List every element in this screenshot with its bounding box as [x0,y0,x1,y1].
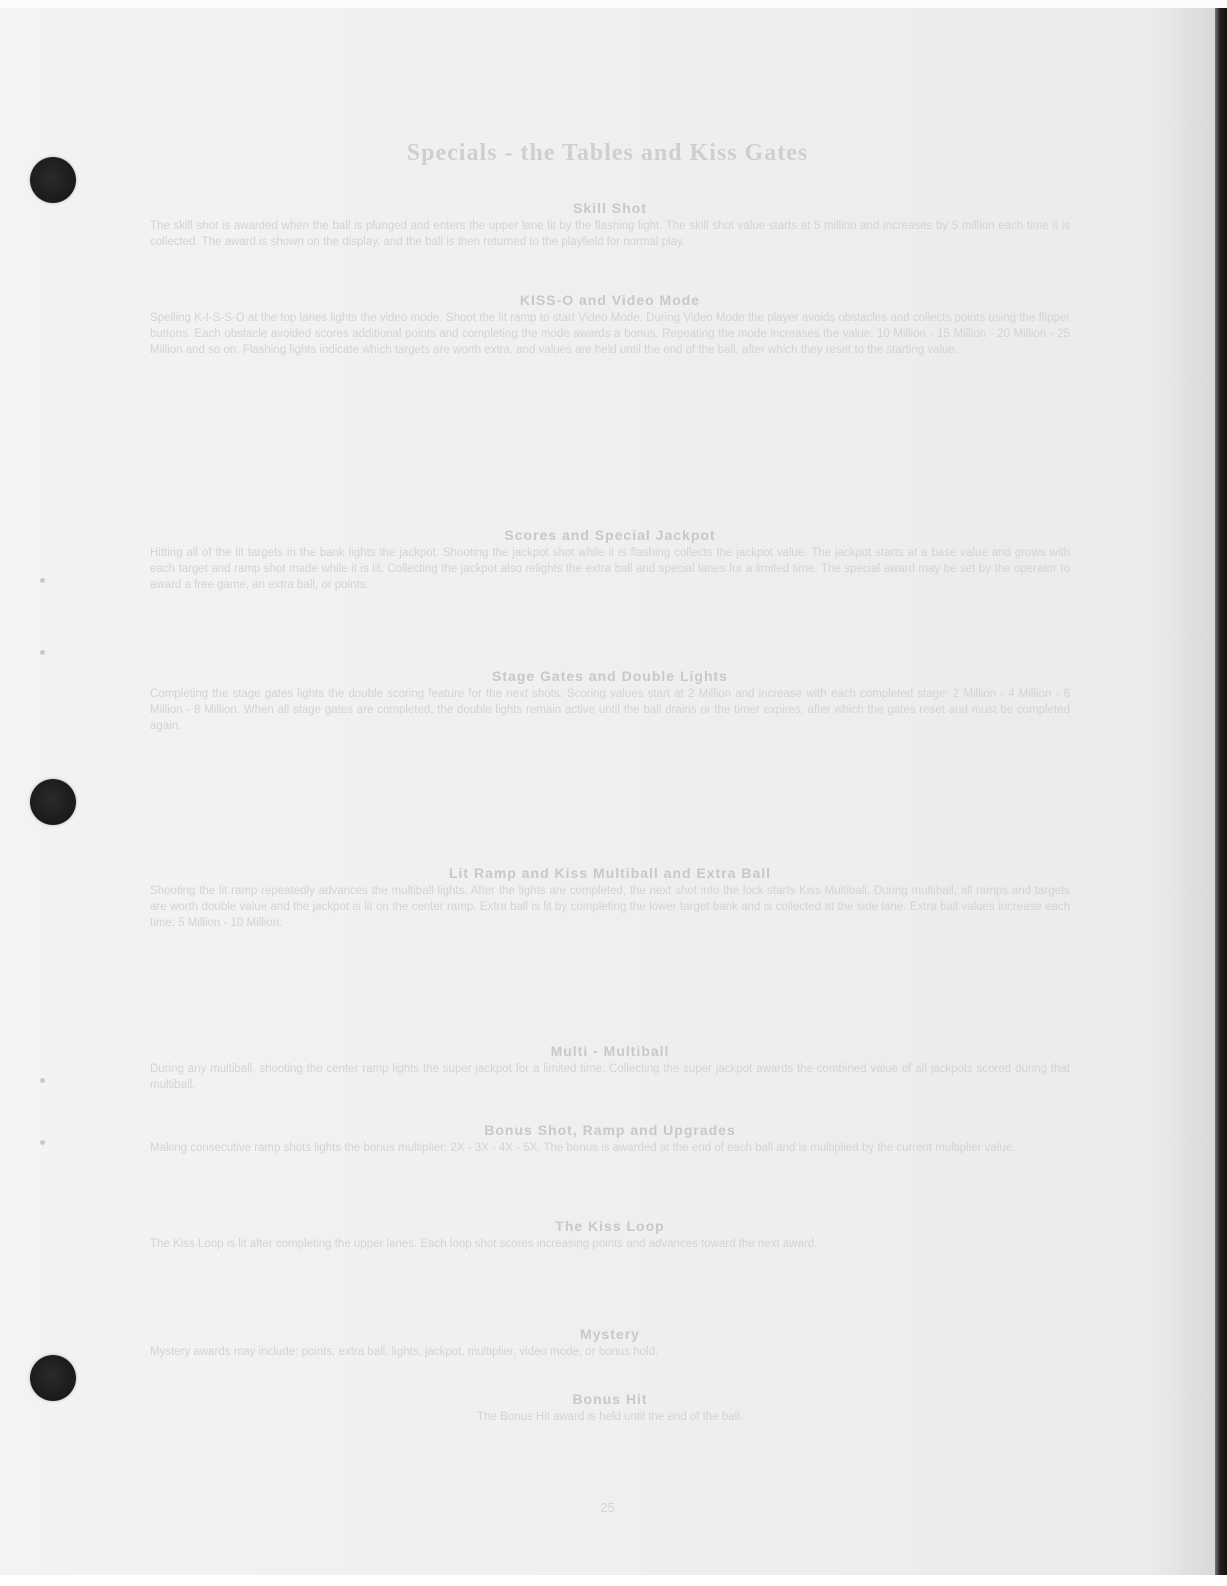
section-body: The skill shot is awarded when the ball … [150,218,1070,250]
section-heading: The Kiss Loop [150,1218,1070,1234]
section-kiss-loop: The Kiss Loop The Kiss Loop is lit after… [150,1218,1070,1252]
scan-bottom-border [0,1575,1227,1586]
section-heading: KISS-O and Video Mode [150,292,1070,308]
scan-right-edge [1215,8,1227,1575]
section-body: The Bonus Hit award is held until the en… [150,1409,1070,1425]
page-number: 25 [0,1500,1215,1515]
section-video-mode: KISS-O and Video Mode Spelling K-I-S-S-O… [150,292,1070,358]
section-body: The Kiss Loop is lit after completing th… [150,1236,1070,1252]
margin-mark [40,1140,45,1145]
section-bonus-shot: Bonus Shot, Ramp and Upgrades Making con… [150,1122,1070,1156]
section-body: During any multiball, shooting the cente… [150,1061,1070,1093]
section-stage-gates: Stage Gates and Double Lights Completing… [150,668,1070,734]
section-heading: Skill Shot [150,200,1070,216]
section-body: Spelling K-I-S-S-O at the top lanes ligh… [150,310,1070,358]
section-multiball: Lit Ramp and Kiss Multiball and Extra Ba… [150,865,1070,931]
section-multi-multiball: Multi - Multiball During any multiball, … [150,1043,1070,1093]
section-body: Hitting all of the lit targets in the ba… [150,545,1070,593]
scan-top-border [0,0,1227,8]
section-heading: Lit Ramp and Kiss Multiball and Extra Ba… [150,865,1070,881]
section-body: Mystery awards may include: points, extr… [150,1344,1070,1360]
section-heading: Scores and Special Jackpot [150,527,1070,543]
section-body: Shooting the lit ramp repeatedly advance… [150,883,1070,931]
section-heading: Bonus Shot, Ramp and Upgrades [150,1122,1070,1138]
section-jackpot: Scores and Special Jackpot Hitting all o… [150,527,1070,593]
margin-mark [40,1078,45,1083]
section-bonus-hit: Bonus Hit The Bonus Hit award is held un… [150,1391,1070,1425]
section-heading: Mystery [150,1326,1070,1342]
section-heading: Bonus Hit [150,1391,1070,1407]
section-mystery: Mystery Mystery awards may include: poin… [150,1326,1070,1360]
section-body: Completing the stage gates lights the do… [150,686,1070,734]
margin-mark [40,578,45,583]
section-heading: Multi - Multiball [150,1043,1070,1059]
punch-hole-middle [30,779,76,825]
punch-hole-bottom [30,1355,76,1401]
section-skill-shot: Skill Shot The skill shot is awarded whe… [150,200,1070,250]
section-heading: Stage Gates and Double Lights [150,668,1070,684]
margin-mark [40,650,45,655]
section-body: Making consecutive ramp shots lights the… [150,1140,1070,1156]
page-title: Specials - the Tables and Kiss Gates [0,140,1215,167]
